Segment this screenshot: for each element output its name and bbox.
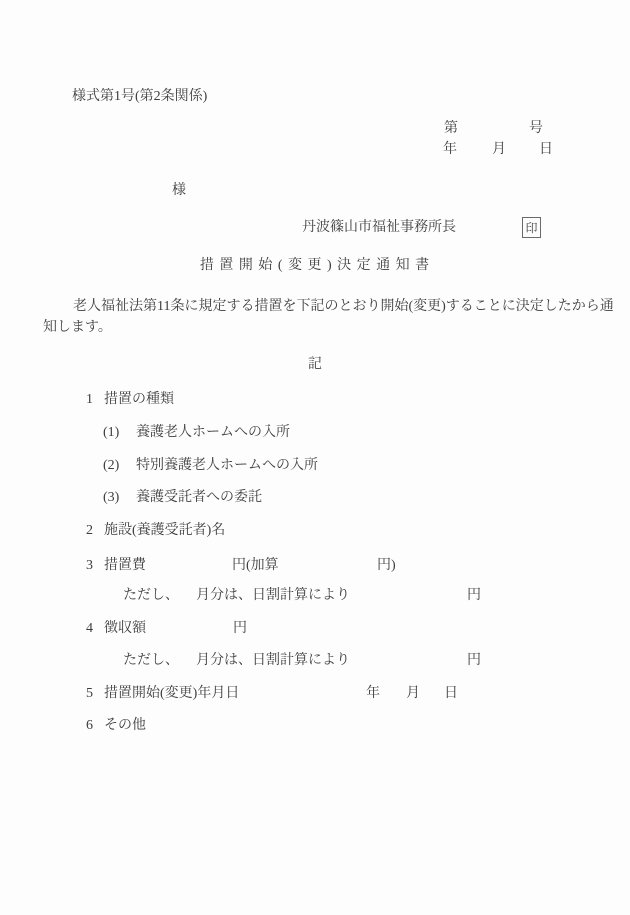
seal-stamp-box: 印 bbox=[522, 217, 541, 238]
sender-title: 丹波篠山市福祉事務所長 bbox=[302, 219, 456, 236]
section-4-note-yen-label: 円 bbox=[467, 652, 481, 669]
section-5-number: 5 bbox=[86, 685, 93, 702]
section-6-label: その他 bbox=[104, 717, 146, 734]
section-5-month-label: 月 bbox=[406, 685, 420, 702]
document-number-suffix: 号 bbox=[529, 120, 543, 137]
body-line-1: 老人福祉法第11条に規定する措置を下記のとおり開始(変更)することに決定したから… bbox=[43, 296, 559, 317]
section-5-day-label: 日 bbox=[444, 685, 458, 702]
section-4-number: 4 bbox=[86, 620, 93, 637]
document-number-prefix: 第 bbox=[444, 120, 458, 137]
section-1-label: 措置の種類 bbox=[104, 391, 174, 408]
section-1-1-label: 養護老人ホームへの入所 bbox=[136, 424, 290, 441]
form-number: 様式第1号(第2条関係) bbox=[72, 88, 207, 105]
section-4-note-lead: ただし、 bbox=[123, 652, 179, 669]
section-3-note-yen-label: 円 bbox=[467, 587, 481, 604]
section-3-note-lead: ただし、 bbox=[123, 587, 179, 604]
section-4-yen-label: 円 bbox=[233, 620, 247, 637]
addressee-honorific: 様 bbox=[172, 182, 186, 199]
section-2-label: 施設(養護受託者)名 bbox=[104, 522, 225, 539]
date-year-label: 年 bbox=[443, 141, 457, 158]
record-marker: 記 bbox=[0, 356, 630, 373]
section-2-number: 2 bbox=[86, 522, 93, 539]
body-line-2: 知します。 bbox=[43, 317, 559, 338]
section-5-year-label: 年 bbox=[366, 685, 380, 702]
seal-mark: 印 bbox=[525, 222, 537, 234]
document-page: 様式第1号(第2条関係) 第 号 年 月 日 様 丹波篠山市福祉事務所長 印 措… bbox=[0, 0, 630, 915]
section-4-note-text: 月分は、日割計算により bbox=[196, 652, 350, 669]
body-paragraph: 老人福祉法第11条に規定する措置を下記のとおり開始(変更)することに決定したから… bbox=[43, 296, 559, 338]
document-title: 措 置 開 始 ( 変 更 ) 決 定 通 知 書 bbox=[0, 257, 630, 274]
section-1-3-label: 養護受託者への委託 bbox=[136, 489, 262, 506]
date-day-label: 日 bbox=[539, 141, 553, 158]
section-1-number: 1 bbox=[86, 391, 93, 408]
section-3-number: 3 bbox=[86, 557, 93, 574]
section-1-2-number: (2) bbox=[103, 457, 119, 474]
section-3-yen-close-label: 円) bbox=[377, 557, 396, 574]
section-3-label: 措置費 bbox=[104, 557, 146, 574]
section-1-1-number: (1) bbox=[103, 424, 119, 441]
section-1-2-label: 特別養護老人ホームへの入所 bbox=[136, 457, 318, 474]
section-3-note-text: 月分は、日割計算により bbox=[196, 587, 350, 604]
section-5-label: 措置開始(変更)年月日 bbox=[104, 685, 239, 702]
section-1-3-number: (3) bbox=[103, 489, 119, 506]
section-3-yen-kasan-label: 円(加算 bbox=[232, 557, 279, 574]
date-month-label: 月 bbox=[492, 141, 506, 158]
section-6-number: 6 bbox=[86, 717, 93, 734]
section-4-label: 徴収額 bbox=[104, 620, 146, 637]
